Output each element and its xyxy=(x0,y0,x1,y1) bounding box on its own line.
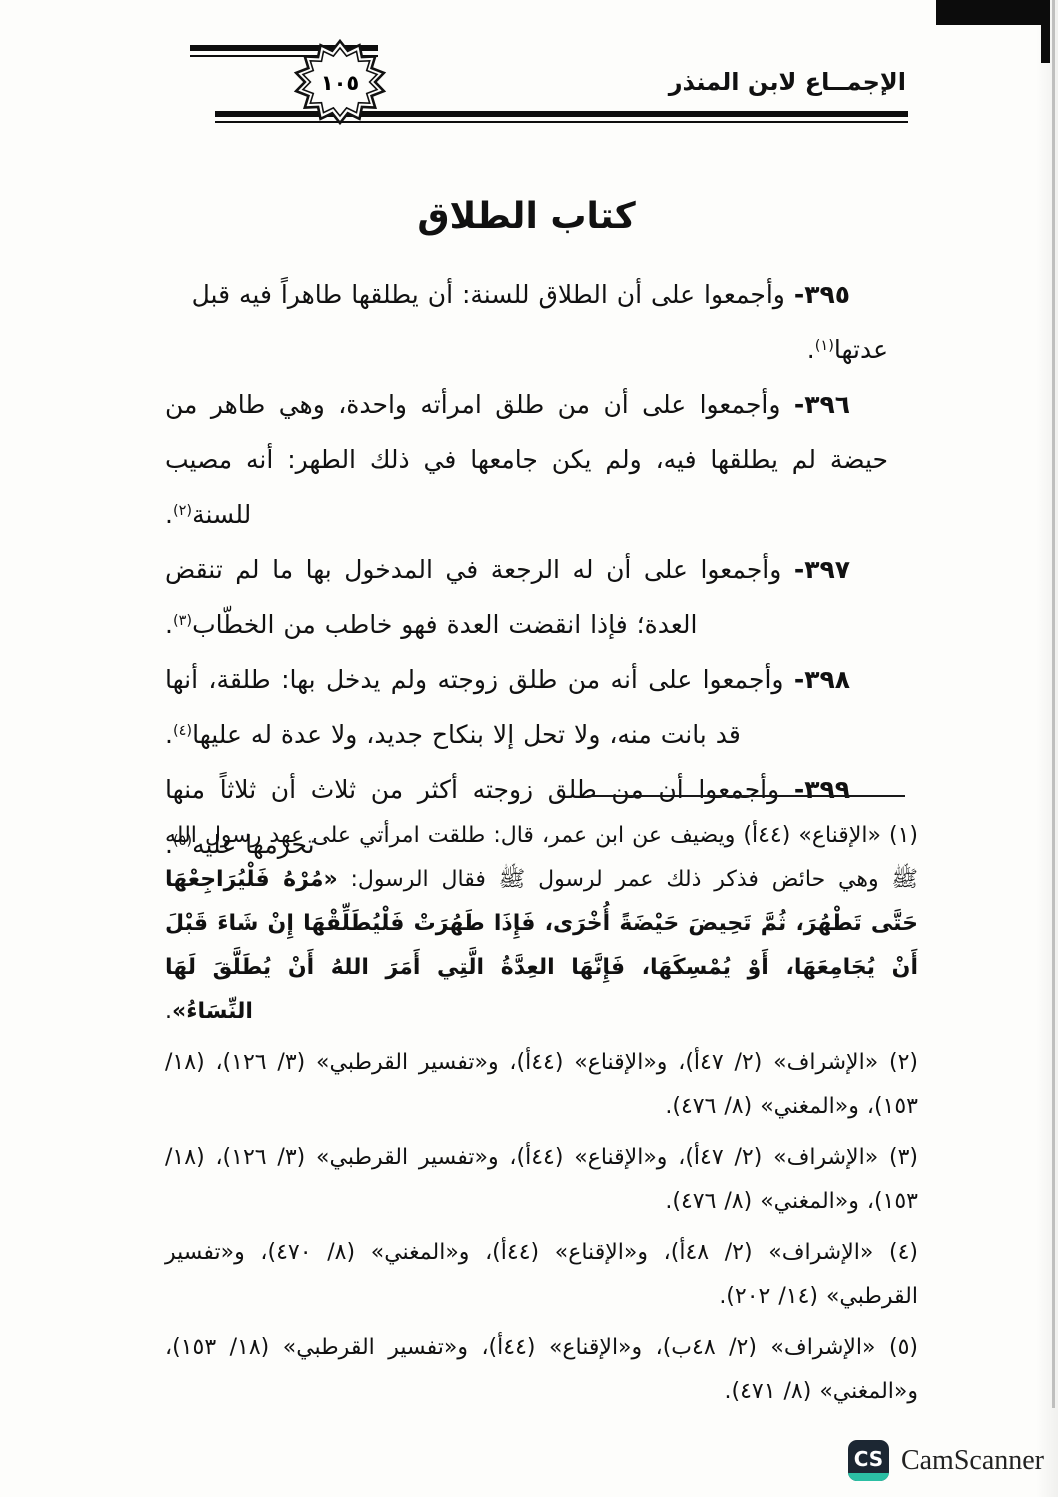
camscanner-logo-icon: CS xyxy=(848,1440,889,1481)
scan-artifact-corner-bar xyxy=(936,0,1047,25)
camscanner-name: CamScanner xyxy=(901,1445,1044,1477)
running-head-title: الإجمــاع لابن المنذر xyxy=(669,68,906,96)
paragraph-number: ٣٩٥- xyxy=(794,280,850,309)
scan-artifact-edge-shade xyxy=(1036,0,1058,1497)
page-number: ١٠٥ xyxy=(321,71,359,95)
footnote-ref: (١) xyxy=(815,338,834,354)
section-title: كتاب الطلاق xyxy=(165,196,888,237)
footnotes: (١) «الإقناع» (٤٤أ) ويضيف عن ابن عمر، قا… xyxy=(165,814,918,1421)
paragraph-number: ٣٩٧- xyxy=(794,555,850,584)
paragraph-number: ٣٩٩- xyxy=(794,775,850,804)
footnote-text: «الإشراف» (٢/ ٤٨ب)، و«الإقناع» (٤٤أ)، و«… xyxy=(165,1335,918,1404)
footnote-marker: (٥) xyxy=(876,1335,918,1360)
footnote-ref: (٤) xyxy=(173,723,192,739)
footnote-separator xyxy=(587,795,905,797)
footnote-ref: (٣) xyxy=(173,613,192,629)
footnote: (٢) «الإشراف» (٢/ ٤٧أ)، و«الإقناع» (٤٤أ)… xyxy=(165,1041,918,1129)
camscanner-logo-strip xyxy=(848,1473,889,1481)
footnote: (٥) «الإشراف» (٢/ ٤٨ب)، و«الإقناع» (٤٤أ)… xyxy=(165,1326,918,1414)
camscanner-logo-text: CS xyxy=(854,1447,883,1471)
paragraph-number: ٣٩٦- xyxy=(794,390,850,419)
page-number-ornament: ١٠٥ xyxy=(292,38,388,126)
footnote-marker: (٣) xyxy=(878,1145,918,1170)
footnote: (٣) «الإشراف» (٢/ ٤٧أ)، و«الإقناع» (٤٤أ)… xyxy=(165,1136,918,1224)
footnote-marker: (٤) xyxy=(873,1240,918,1265)
footnote: (٤) «الإشراف» (٢/ ٤٨أ)، و«الإقناع» (٤٤أ)… xyxy=(165,1231,918,1319)
footnote-text: «الإشراف» (٢/ ٤٧أ)، و«الإقناع» (٤٤أ)، و«… xyxy=(165,1145,918,1214)
page-content: كتاب الطلاق ٣٩٥- وأجمعوا على أن الطلاق ل… xyxy=(165,196,888,872)
body-paragraphs: ٣٩٥- وأجمعوا على أن الطلاق للسنة: أن يطل… xyxy=(165,267,888,872)
footnote-text: «الإشراف» (٢/ ٤٨أ)، و«الإقناع» (٤٤أ)، و«… xyxy=(165,1240,918,1309)
footnote-ref: (٢) xyxy=(173,503,192,519)
footnote-marker: (١) xyxy=(881,823,918,848)
camscanner-badge: CS CamScanner xyxy=(848,1440,1044,1481)
body-paragraph: ٣٩٧- وأجمعوا على أن له الرجعة في المدخول… xyxy=(165,542,888,652)
footnote-text: «الإشراف» (٢/ ٤٧أ)، و«الإقناع» (٤٤أ)، و«… xyxy=(165,1050,918,1119)
body-paragraph: ٣٩٥- وأجمعوا على أن الطلاق للسنة: أن يطل… xyxy=(165,267,888,377)
footnote: (١) «الإقناع» (٤٤أ) ويضيف عن ابن عمر، قا… xyxy=(165,814,918,1034)
body-paragraph: ٣٩٦- وأجمعوا على أن من طلق امرأته واحدة،… xyxy=(165,377,888,542)
footnote-text: . xyxy=(165,999,172,1024)
scanned-page: الإجمــاع لابن المنذر ١٠٥ كتاب الطلاق ٣٩… xyxy=(0,0,1058,1497)
body-paragraph: ٣٩٨- وأجمعوا على أنه من طلق زوجته ولم يد… xyxy=(165,652,888,762)
paragraph-number: ٣٩٨- xyxy=(794,665,850,694)
footnote-marker: (٢) xyxy=(878,1050,918,1075)
